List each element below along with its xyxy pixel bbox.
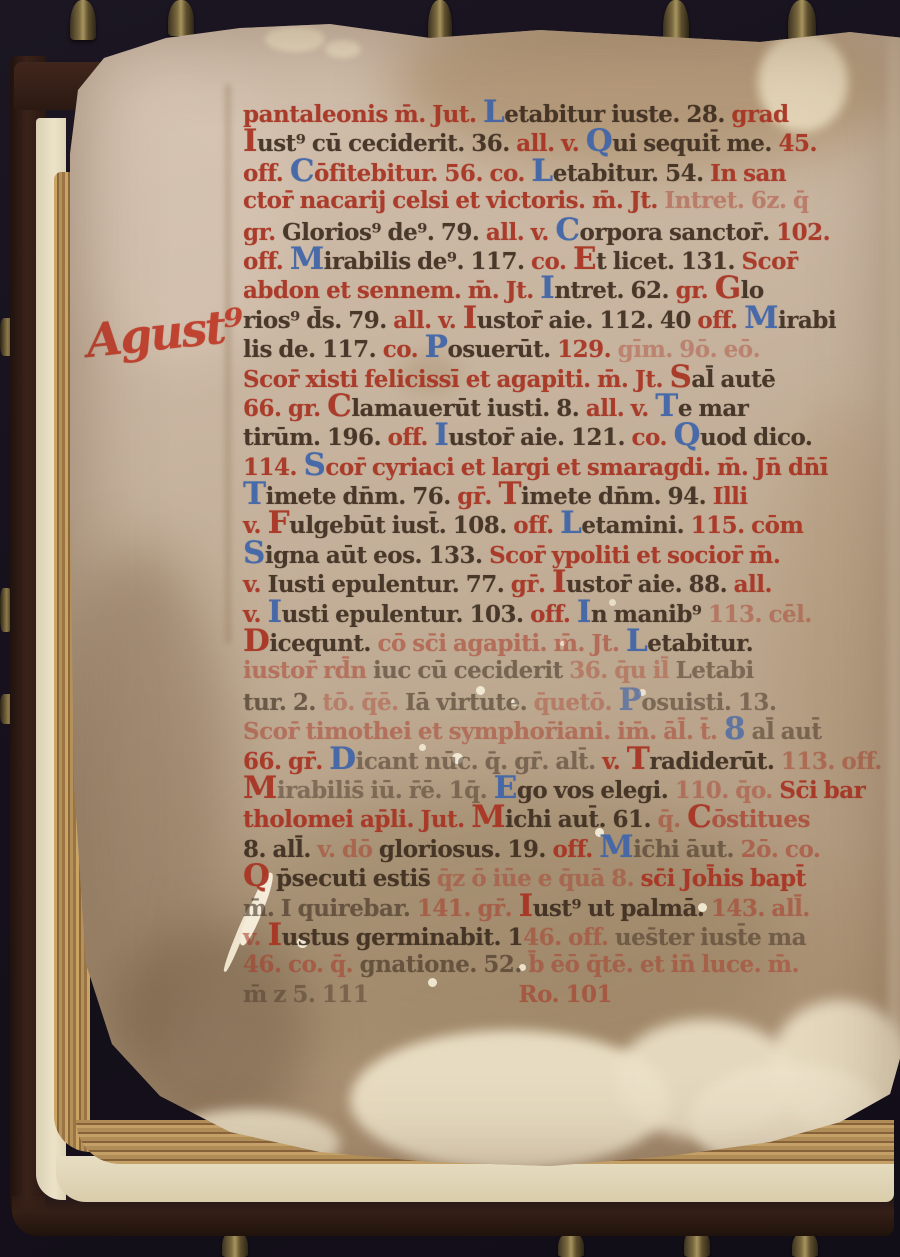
manuscript-text-segment: irabilis de⁹. 117. bbox=[324, 248, 531, 275]
manuscript-text-segment: irabi bbox=[778, 307, 836, 334]
parchment-page: Agust⁹ pantaleonis m̄. Jut. Letabitur iu… bbox=[70, 24, 900, 1174]
manuscript-text-segment: M bbox=[243, 770, 277, 806]
manuscript-text-segment: iuc cū ceciderit bbox=[373, 657, 569, 684]
fold-crease bbox=[225, 84, 231, 644]
manuscript-text-segment: go vos elegi. bbox=[517, 777, 675, 804]
manuscript-text-segment: gnatione. 52. bbox=[360, 951, 529, 978]
manuscript-text-segment: L bbox=[531, 153, 552, 189]
manuscript-line: tirūm. 196. off. Iustor̄ aie. 121. co. Q… bbox=[243, 421, 900, 450]
manuscript-text-segment: osuerūt. bbox=[447, 336, 557, 363]
manuscript-line: rios⁹ d̄s. 79. all. v. Iustor̄ aie. 112.… bbox=[243, 304, 900, 333]
manuscript-line: Scor̄ timothei et symphor̄iani. im̄. āl̄… bbox=[243, 715, 900, 744]
manuscript-text-segment: usti epulentur. 103. bbox=[282, 601, 530, 628]
manuscript-line: Iust⁹ cū ceciderit. 36. all. v. Qui sequ… bbox=[243, 127, 900, 156]
damage-patch bbox=[325, 40, 361, 58]
binding-pin bbox=[168, 0, 194, 36]
manuscript-text-segment: M bbox=[599, 829, 633, 865]
manuscript-text-segment: off. bbox=[388, 424, 435, 451]
manuscript-text-segment: C bbox=[290, 153, 314, 189]
manuscript-text-segment: ic̄hi āut. bbox=[633, 836, 740, 863]
manuscript-text-segment: p̄secuti estis̄ bbox=[270, 865, 437, 892]
manuscript-text-segment: gr. bbox=[676, 277, 715, 304]
manuscript-text-segment: q̄z ō iūe e q̄uā 8. bbox=[437, 865, 641, 892]
manuscript-text-segment: all. v. bbox=[486, 219, 555, 246]
manuscript-text-segment: Scor̄ bbox=[742, 248, 798, 275]
manuscript-text-segment: Sc̄i bar bbox=[779, 777, 865, 804]
manuscript-text-segment: Illi bbox=[713, 483, 748, 510]
manuscript-text-segment: etabitur iuste. 28. bbox=[504, 101, 731, 128]
manuscript-text-segment: I bbox=[243, 123, 257, 159]
manuscript-text-segment: al̄ autē bbox=[691, 366, 775, 393]
manuscript-text-segment: gr. bbox=[243, 219, 282, 246]
manuscript-text-segment: Iā virtute. bbox=[405, 689, 534, 716]
manuscript-text-segment: I bbox=[577, 594, 591, 630]
manuscript-line: off. Cōfitebitur. 56. co. Letabitur. 54.… bbox=[243, 157, 900, 186]
manuscript-line: pantaleonis m̄. Jut. Letabitur iuste. 28… bbox=[243, 98, 900, 127]
manuscript-text-segment: 102. bbox=[776, 219, 830, 246]
manuscript-text-segment: gr̄. bbox=[511, 571, 552, 598]
manuscript-text-segment: q̄uetō. bbox=[534, 689, 619, 716]
manuscript-line: 8. all̄. v. dō gloriosus. 19. off. Mic̄h… bbox=[243, 833, 900, 862]
manuscript-line: Q p̄secuti estis̄ q̄z ō iūe e q̄uā 8. sc… bbox=[243, 862, 900, 891]
manuscript-text-segment: P bbox=[619, 682, 642, 718]
manuscript-text-segment: 143. all̄. bbox=[711, 895, 810, 922]
manuscript-text-segment: igna aūt eos. 133. bbox=[265, 542, 489, 569]
manuscript-text-segment: 45. bbox=[778, 130, 817, 157]
manuscript-text-segment: Q bbox=[243, 858, 270, 894]
book-photo: Agust⁹ pantaleonis m̄. Jut. Letabitur iu… bbox=[0, 0, 900, 1257]
manuscript-text-segment: L bbox=[626, 623, 647, 659]
manuscript-text-segment: S bbox=[304, 447, 326, 483]
manuscript-text-segment: co. bbox=[383, 336, 425, 363]
manuscript-text-segment: cor̄ cyriaci et largi et smaragdi. m̄. J… bbox=[325, 454, 828, 481]
manuscript-text-segment: v. bbox=[243, 924, 268, 951]
manuscript-line: v. Iusti epulentur. 77. gr̄. Iustor̄ aie… bbox=[243, 568, 900, 597]
manuscript-text-segment: sc̄i Joh̄is bapt̄ bbox=[641, 865, 806, 892]
manuscript-text-segment: Q bbox=[673, 417, 700, 453]
manuscript-text-segment: v. bbox=[602, 748, 627, 775]
manuscript-text-segment: lis de. 117. bbox=[243, 336, 383, 363]
manuscript-line: tholomei ap̄li. Jut. Michi aut̄. 61. q̄.… bbox=[243, 803, 900, 832]
manuscript-text-segment: imete dn̄m. 76. bbox=[266, 483, 458, 510]
text-block: pantaleonis m̄. Jut. Letabitur iuste. 28… bbox=[243, 98, 900, 1009]
manuscript-text-segment: ctor̄ nacarij celsi et victoris. m̄. Jt. bbox=[243, 187, 664, 214]
manuscript-text-segment: 8 bbox=[724, 711, 745, 747]
manuscript-text-segment: etabitur. bbox=[647, 630, 753, 657]
manuscript-line: v. Iustus germinabit. 146. off. ues̄ter … bbox=[243, 921, 900, 950]
manuscript-text-segment: osuisti. 13. bbox=[641, 689, 776, 716]
manuscript-text-segment: Letabi bbox=[676, 657, 754, 684]
manuscript-text-segment: ustor̄ aie. 88. bbox=[566, 571, 734, 598]
manuscript-line: 114. Scor̄ cyriaci et largi et smaragdi.… bbox=[243, 451, 900, 480]
manuscript-text-segment: v. bbox=[243, 571, 268, 598]
manuscript-text-segment: ui sequit̄ me. bbox=[612, 130, 778, 157]
manuscript-text-segment: ustus germinabit. 1 bbox=[282, 924, 523, 951]
manuscript-line: abdon et sennem. m̄. Jt. Intret. 62. gr.… bbox=[243, 274, 900, 303]
damage-patch bbox=[265, 26, 325, 52]
manuscript-text-segment: ichi aut̄. 61. bbox=[505, 806, 658, 833]
manuscript-line: m̄. I quirebar. 141. gr̄. Iust⁹ ut palmā… bbox=[243, 892, 900, 921]
manuscript-text-segment: F bbox=[268, 505, 290, 541]
manuscript-text-segment: pantaleonis m̄. Jut. bbox=[243, 101, 483, 128]
manuscript-text-segment: off. bbox=[697, 307, 744, 334]
manuscript-text-segment: I bbox=[268, 917, 282, 953]
manuscript-line: v. Fulgebūt iust̄. 108. off. Letamini. 1… bbox=[243, 509, 900, 538]
manuscript-text-segment: tō. q̄ē. bbox=[322, 689, 405, 716]
manuscript-text-segment: I bbox=[552, 564, 566, 600]
manuscript-text-segment: Scor̄ timothei et symphor̄iani. im̄. āl̄… bbox=[243, 718, 724, 745]
manuscript-text-segment: T bbox=[243, 476, 266, 512]
manuscript-text-segment: gr̄. bbox=[457, 483, 498, 510]
manuscript-line: v. Iusti epulentur. 103. off. In manib⁹ … bbox=[243, 598, 900, 627]
manuscript-line: Dicequnt. cō sc̄i agapiti. m̄. Jt. Letab… bbox=[243, 627, 900, 656]
manuscript-text-segment: ues̄ter iust̄e ma bbox=[615, 924, 806, 951]
manuscript-text-segment: imete dn̄m. 94. bbox=[521, 483, 713, 510]
manuscript-text-segment: tur. 2. bbox=[243, 689, 322, 716]
manuscript-text-segment: all. v. bbox=[586, 395, 655, 422]
manuscript-text-segment: In san bbox=[710, 160, 786, 187]
manuscript-text-segment: ustor̄ aie. 121. bbox=[448, 424, 631, 451]
manuscript-text-segment: off. bbox=[243, 248, 290, 275]
manuscript-text-segment: 46. off. bbox=[523, 924, 615, 951]
manuscript-text-segment: ust⁹ ut palmā. bbox=[533, 895, 711, 922]
manuscript-text-segment: etamini. bbox=[581, 512, 690, 539]
manuscript-text-segment: 46. co. q̄. bbox=[243, 951, 360, 978]
manuscript-text-segment: T bbox=[498, 476, 521, 512]
manuscript-text-segment: I bbox=[268, 594, 282, 630]
manuscript-line: Mirabilis̄ iū. r̄ē. 1q̄. Ego vos elegi. … bbox=[243, 774, 900, 803]
manuscript-text-segment: ōstitues bbox=[711, 806, 810, 833]
manuscript-text-segment: Q bbox=[586, 123, 613, 159]
manuscript-text-segment: 110. q̄o. bbox=[675, 777, 780, 804]
manuscript-text-segment: G bbox=[715, 270, 741, 306]
manuscript-text-segment: I bbox=[463, 300, 477, 336]
manuscript-text-segment: Intret. 6z. q̄ bbox=[664, 187, 808, 214]
manuscript-text-segment: v. dō bbox=[317, 836, 379, 863]
manuscript-text-segment: Scor̄ xisti felicissī et agapiti. m̄. Jt… bbox=[243, 366, 669, 393]
manuscript-text-segment: 129. bbox=[557, 336, 618, 363]
manuscript-text-segment: D bbox=[243, 623, 269, 659]
manuscript-text-segment: m̄ z 5. 111 bbox=[243, 981, 368, 1008]
manuscript-text-segment: ōfitebitur. 56. co. bbox=[314, 160, 531, 187]
manuscript-text-segment: cō sc̄i agapiti. m̄. Jt. bbox=[377, 630, 626, 657]
manuscript-text-segment: rios⁹ d̄s. 79. bbox=[243, 307, 393, 334]
manuscript-line: 66. gr. Clamauerūt iusti. 8. all. v. Te … bbox=[243, 392, 900, 421]
manuscript-text-segment: S bbox=[243, 535, 265, 571]
manuscript-text-segment: 2ō. co. bbox=[741, 836, 821, 863]
manuscript-text-segment: Iusti epulentur. 77. bbox=[268, 571, 511, 598]
manuscript-text-segment: M bbox=[290, 241, 324, 277]
manuscript-text-segment: off. bbox=[243, 160, 290, 187]
manuscript-text-segment: ustor̄ aie. 112. 40 bbox=[477, 307, 698, 334]
manuscript-text-segment: radiderūt. bbox=[649, 748, 781, 775]
manuscript-text-segment: tholomei ap̄li. Jut. bbox=[243, 806, 471, 833]
manuscript-line: Signa aūt eos. 133. Scor̄ ypoliti et soc… bbox=[243, 539, 900, 568]
manuscript-line: iustor̄ rd̄n iuc cū ceciderit 36. q̄u il… bbox=[243, 656, 900, 685]
manuscript-text-segment: T bbox=[627, 741, 650, 777]
manuscript-text-segment: lamauerūt iusti. 8. bbox=[351, 395, 586, 422]
manuscript-text-segment: Ro. 101 bbox=[518, 981, 612, 1008]
manuscript-text-segment: q̄. bbox=[658, 806, 688, 833]
binding-pin bbox=[70, 0, 96, 40]
manuscript-text-segment: L bbox=[483, 94, 504, 130]
manuscript-text-segment: off. bbox=[552, 836, 599, 863]
manuscript-text-segment: M bbox=[744, 300, 778, 336]
manuscript-line: 66. gr̄. Dicant nūc. q̄. gr̄. alt̄. v. T… bbox=[243, 745, 900, 774]
manuscript-line: 46. co. q̄. gnatione. 52. b̄ ēō q̄tē. et… bbox=[243, 950, 900, 979]
manuscript-text-segment: 115. cōm bbox=[691, 512, 804, 539]
manuscript-text-segment: orpora sanctor̄. bbox=[580, 219, 777, 246]
manuscript-text-segment: D bbox=[329, 741, 355, 777]
manuscript-text-segment: uod dico. bbox=[700, 424, 812, 451]
manuscript-text-segment: 36. q̄u il̄ bbox=[569, 657, 675, 684]
manuscript-text-segment: I bbox=[434, 417, 448, 453]
binding-pin bbox=[788, 0, 816, 40]
manuscript-text-segment: al̄ aut̄ bbox=[745, 718, 821, 745]
manuscript-text-segment: b̄ ēō q̄tē. et in̄ luce. m̄. bbox=[528, 951, 799, 978]
manuscript-text-segment: grad bbox=[731, 101, 788, 128]
manuscript-text-segment: abdon et sennem. m̄. Jt. bbox=[243, 277, 540, 304]
manuscript-line: gr. Glorios⁹ de⁹. 79. all. v. Corpora sa… bbox=[243, 216, 900, 245]
manuscript-line: lis de. 117. co. Posuerūt. 129. gīm. 9ō.… bbox=[243, 333, 900, 362]
manuscript-text-segment: 66. gr. bbox=[243, 395, 327, 422]
manuscript-text-segment: 113. off. bbox=[781, 748, 882, 775]
manuscript-text-segment: iustor̄ rd̄n bbox=[243, 657, 373, 684]
manuscript-text-segment: gīm. 9ō. eō. bbox=[618, 336, 761, 363]
manuscript-text-segment: ulgebūt iust̄. 108. bbox=[289, 512, 513, 539]
manuscript-line: tur. 2. tō. q̄ē. Iā virtute. q̄uetō. Pos… bbox=[243, 686, 900, 715]
manuscript-text-segment: icant nūc. q̄. gr̄. alt̄. bbox=[356, 748, 603, 775]
manuscript-text-segment: co. bbox=[632, 424, 674, 451]
manuscript-text-segment: 141. gr̄. bbox=[417, 895, 519, 922]
manuscript-text-segment: n manib⁹ bbox=[591, 601, 708, 628]
book-cover-bottom bbox=[12, 1196, 894, 1236]
manuscript-text-segment: off. bbox=[513, 512, 560, 539]
manuscript-text-segment: gloriosus. 19. bbox=[379, 836, 553, 863]
manuscript-text-segment: 113. cēl. bbox=[708, 601, 812, 628]
manuscript-text-segment: E bbox=[573, 241, 596, 277]
manuscript-line: m̄ z 5. 111Ro. 101 bbox=[243, 980, 900, 1009]
manuscript-text-segment: icequnt. bbox=[269, 630, 377, 657]
manuscript-text-segment: Scor̄ ypoliti et socior̄ m̄. bbox=[489, 542, 780, 569]
manuscript-text-segment: P bbox=[425, 329, 448, 365]
manuscript-text-segment: m̄. I quirebar. bbox=[243, 895, 417, 922]
manuscript-text-segment: L bbox=[560, 505, 581, 541]
manuscript-text-segment: I bbox=[519, 888, 533, 924]
manuscript-text-segment: irabilis̄ iū. r̄ē. 1q̄. bbox=[277, 777, 494, 804]
manuscript-text-segment: all. bbox=[734, 571, 772, 598]
manuscript-text-segment: C bbox=[687, 799, 711, 835]
manuscript-text-segment: C bbox=[327, 388, 351, 424]
manuscript-text-segment: off. bbox=[530, 601, 577, 628]
manuscript-text-segment: ntret. 62. bbox=[554, 277, 675, 304]
manuscript-text-segment: I bbox=[540, 270, 554, 306]
manuscript-text-segment: etabitur. 54. bbox=[553, 160, 710, 187]
manuscript-line: off. Mirabilis de⁹. 117. co. Et licet. 1… bbox=[243, 245, 900, 274]
manuscript-text-segment: M bbox=[471, 799, 505, 835]
